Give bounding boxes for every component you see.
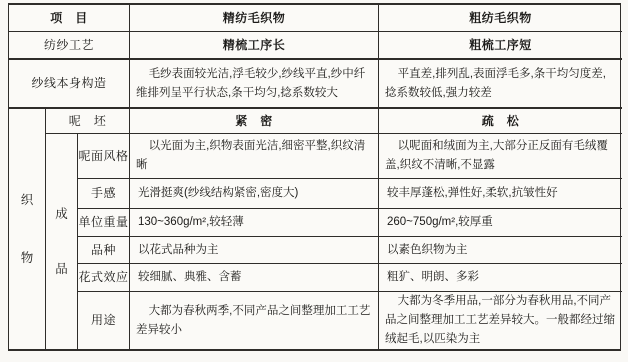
row-label-usage: 用途 bbox=[78, 292, 130, 349]
fancy-effect-worsted-cell: 较细腻、典雅、含蓄 bbox=[130, 264, 379, 292]
group-label-fabric: 织物 bbox=[9, 109, 46, 349]
usage-worsted-text: 大都为春秋两季,不同产品之间整理加工工艺差异较小 bbox=[136, 302, 372, 340]
fabric-blank-worsted-cell: 紧 密 bbox=[130, 109, 379, 134]
row-label-unit-weight: 单位重量 bbox=[78, 209, 130, 237]
surface-style-woolen-text: 以呢面和绒面为主,大部分正反面有毛绒覆盖,织纹不清晰,不显露 bbox=[385, 137, 616, 175]
spinning-worsted-cell: 精梳工序长 bbox=[130, 32, 379, 60]
hand-feel-worsted-cell: 光滑挺爽(纱线结构紧密,密度大) bbox=[130, 179, 379, 209]
variety-worsted-cell: 以花式品种为主 bbox=[130, 237, 379, 264]
header-worsted-cell: 精纺毛织物 bbox=[130, 5, 379, 32]
surface-style-worsted-text: 以光面为主,织物表面光洁,细密平整,织纹清晰 bbox=[136, 137, 372, 175]
surface-style-woolen-cell: 以呢面和绒面为主,大部分正反面有毛绒覆盖,织纹不清晰,不显露 bbox=[379, 134, 622, 179]
header-woolen-cell: 粗纺毛织物 bbox=[379, 5, 622, 32]
row-label-fabric-blank: 呢 坯 bbox=[46, 109, 130, 134]
unit-weight-woolen-cell: 260~750g/m²,较厚重 bbox=[379, 209, 622, 237]
fancy-effect-woolen-cell: 粗犷、明朗、多彩 bbox=[379, 264, 622, 292]
group-label-fabric-text: 织物 bbox=[20, 171, 34, 287]
usage-worsted-cell: 大都为春秋两季,不同产品之间整理加工工艺差异较小 bbox=[130, 292, 379, 349]
fabric-blank-woolen-cell: 疏 松 bbox=[379, 109, 622, 134]
yarn-structure-worsted-text: 毛纱表面较光洁,浮毛较少,纱线平直,纱中纤维排列呈平行状态,条干均匀,捻系数较大 bbox=[136, 65, 372, 103]
row-label-surface-style: 呢面风格 bbox=[78, 134, 130, 179]
spinning-woolen-cell: 粗梳工序短 bbox=[379, 32, 622, 60]
usage-woolen-text: 大都为冬季用品,一部分为春秋用品,不同产品之间整理加工工艺差异较大。一般都经过缩… bbox=[385, 292, 616, 349]
unit-weight-worsted-cell: 130~360g/m²,较轻薄 bbox=[130, 209, 379, 237]
row-label-fancy-effect: 花式效应 bbox=[78, 264, 130, 292]
header-item-cell: 项 目 bbox=[9, 5, 130, 32]
row-label-hand-feel: 手感 bbox=[78, 179, 130, 209]
row-label-variety: 品种 bbox=[78, 237, 130, 264]
yarn-structure-woolen-text: 平直差,排列乱,表面浮毛多,条干均匀度差,捻系数较低,强力较差 bbox=[385, 65, 616, 103]
yarn-structure-woolen-cell: 平直差,排列乱,表面浮毛多,条干均匀度差,捻系数较低,强力较差 bbox=[379, 60, 622, 109]
row-label-yarn-structure: 纱线本身构造 bbox=[9, 60, 130, 109]
hand-feel-woolen-cell: 较丰厚蓬松,弹性好,柔软,抗皱性好 bbox=[379, 179, 622, 209]
yarn-structure-worsted-cell: 毛纱表面较光洁,浮毛较少,纱线平直,纱中纤维排列呈平行状态,条干均匀,捻系数较大 bbox=[130, 60, 379, 109]
usage-woolen-cell: 大都为冬季用品,一部分为春秋用品,不同产品之间整理加工工艺差异较大。一般都经过缩… bbox=[379, 292, 622, 349]
group-label-finished-product: 成品 bbox=[46, 134, 78, 349]
variety-woolen-cell: 以素色织物为主 bbox=[379, 237, 622, 264]
group-label-finished-product-text: 成品 bbox=[55, 187, 69, 297]
row-label-spinning-process: 纺纱工艺 bbox=[9, 32, 130, 60]
surface-style-worsted-cell: 以光面为主,织物表面光洁,细密平整,织纹清晰 bbox=[130, 134, 379, 179]
wool-fabric-comparison-table: 项 目 精纺毛织物 粗纺毛织物 纺纱工艺 精梳工序长 粗梳工序短 纱线本身构造 … bbox=[8, 3, 621, 351]
